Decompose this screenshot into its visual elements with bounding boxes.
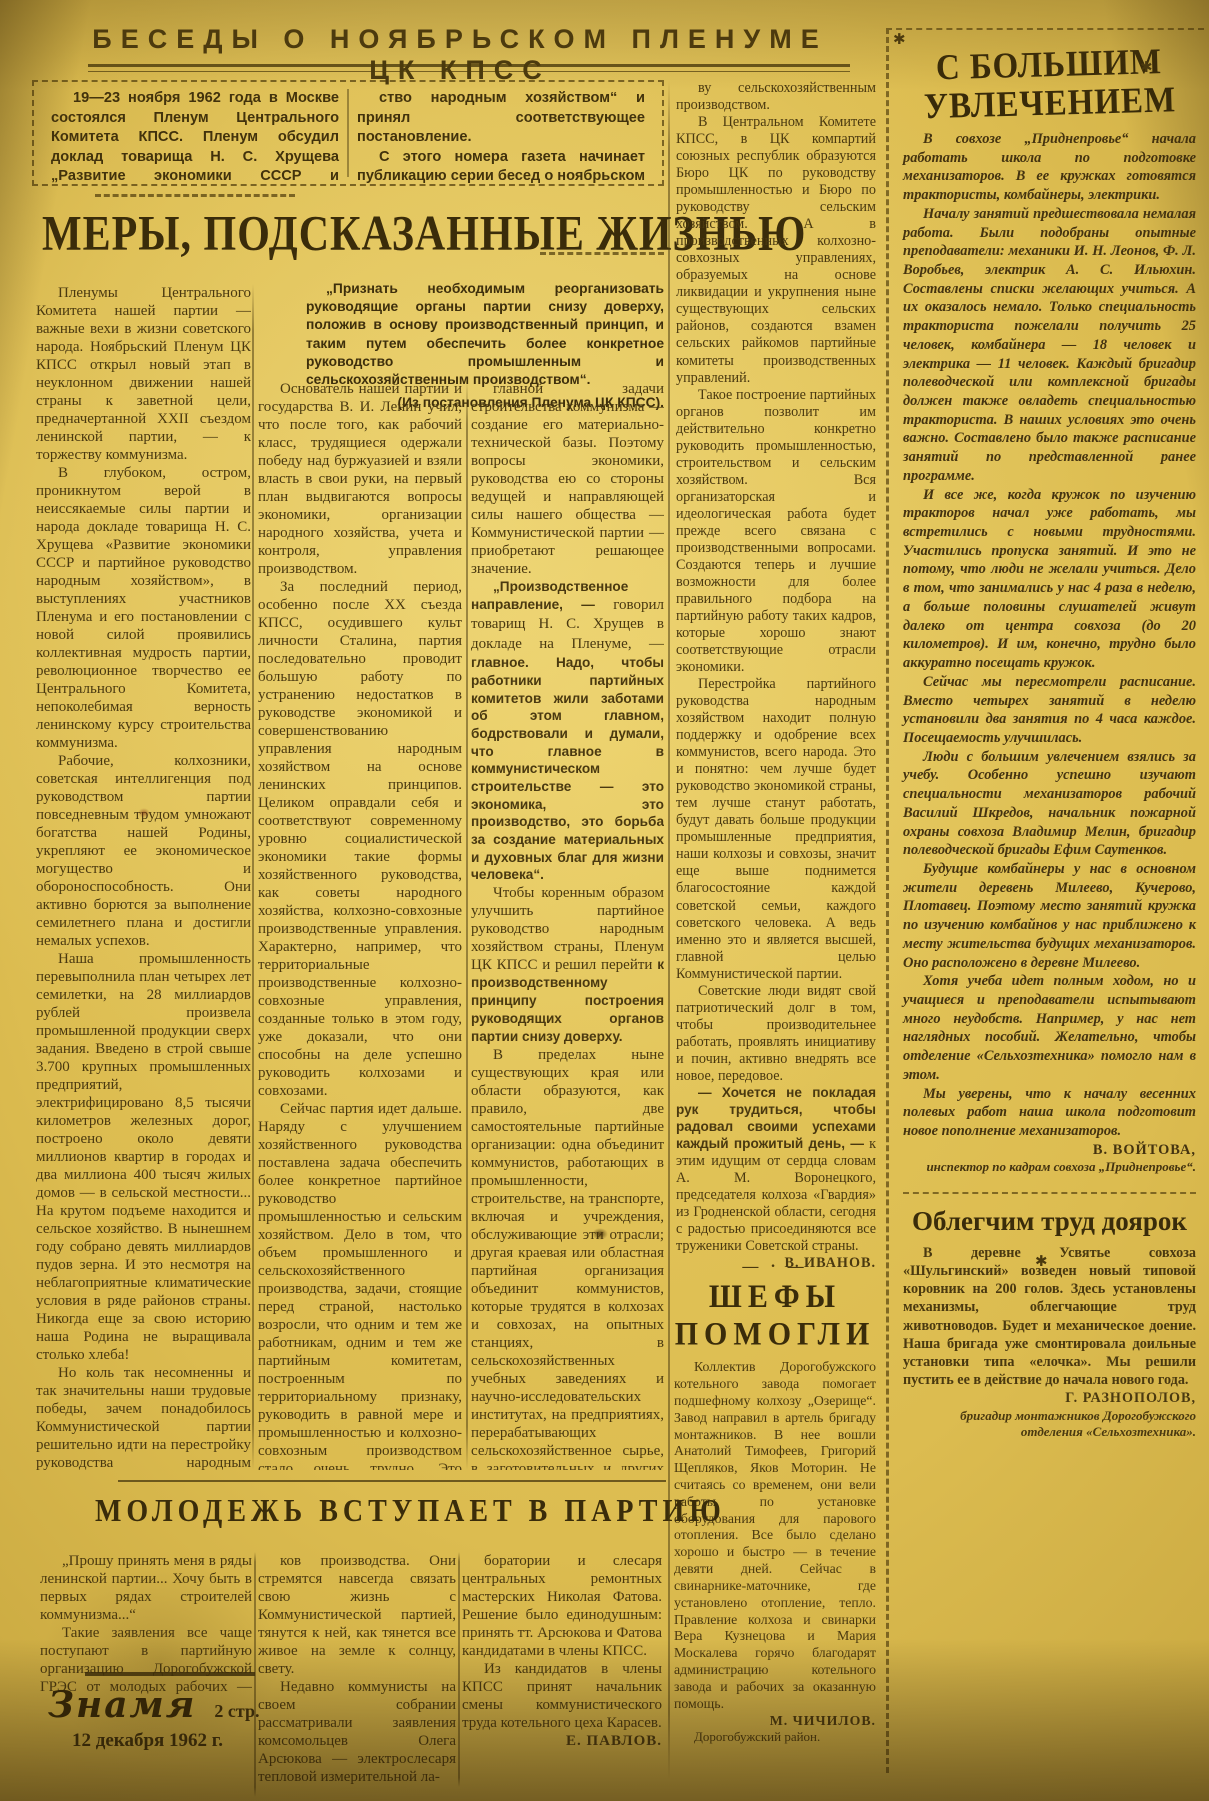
enthusiasm-headline: С БОЛЬШИМ УВЛЕЧЕНИЕМ bbox=[902, 42, 1197, 127]
paragraph: Мы уверены, что к началу весенних полевы… bbox=[903, 1085, 1196, 1141]
issue-date: 12 декабря 1962 г. bbox=[72, 1730, 223, 1752]
paragraph: Недавно коммунисты на своем собрании рас… bbox=[258, 1678, 456, 1786]
paragraph: В совхозе „Приднепровье“ начала работать… bbox=[903, 130, 1196, 205]
page-number: 2 стр. bbox=[214, 1701, 259, 1721]
intro-column-right: ство народным хозяйством“ и принял соотв… bbox=[347, 89, 653, 177]
youth-column-3: боратории и слесаря центральных ремонтны… bbox=[462, 1552, 662, 1787]
paragraph: 19—23 ноября 1962 года в Москве состоялс… bbox=[51, 89, 339, 186]
right-sidebar: С БОЛЬШИМ УВЛЕЧЕНИЕМ В совхозе „Приднепр… bbox=[886, 28, 1204, 1773]
youth-column-1: „Прошу принять меня в ряды ленинской пар… bbox=[40, 1552, 252, 1702]
column-rule bbox=[458, 1552, 460, 1787]
paragraph: За последний период, особенно после XX с… bbox=[258, 578, 462, 1100]
section-divider: — · — bbox=[674, 1258, 876, 1276]
paragraph: Наша промышленность перевыполнила план ч… bbox=[36, 950, 251, 1364]
paragraph: Советские люди видят свой патриотический… bbox=[676, 983, 876, 1085]
sidebar-divider bbox=[903, 1192, 1196, 1194]
youth-column-2: ков производства. Они стремятся навсегда… bbox=[258, 1552, 456, 1800]
paragraph: Началу занятий предшествовала немалая ра… bbox=[903, 205, 1196, 486]
newspaper-page: БЕСЕДЫ О НОЯБРЬСКОМ ПЛЕНУМЕ ЦК КПСС 19—2… bbox=[0, 0, 1209, 1801]
paragraph: Чтобы коренным образом улучшить партийно… bbox=[471, 884, 664, 1046]
byline-role: бригадир монтажников Дорогобужского отде… bbox=[903, 1408, 1196, 1441]
paragraph: Будущие комбайнеры у нас в основном жите… bbox=[903, 860, 1196, 972]
masthead: Знамя 2 стр. bbox=[48, 1684, 259, 1726]
article-byline: Г. РАЗНОПОЛОВ, bbox=[903, 1389, 1196, 1407]
paragraph: Коллектив Дорогобужского котельного заво… bbox=[674, 1359, 876, 1712]
paragraph: И все же, когда кружок по изучению тракт… bbox=[903, 486, 1196, 673]
column-rule bbox=[466, 380, 468, 1470]
paragraph: ву сельскохозяйственным производством. bbox=[676, 80, 876, 114]
shefy-headline: ШЕФЫ ПОМОГЛИ bbox=[674, 1279, 876, 1353]
paragraph-regular: Чтобы коренным образом улучшить партийно… bbox=[471, 885, 664, 973]
star-icon: ✱ bbox=[893, 30, 906, 49]
star-icon: ✱ bbox=[1035, 1252, 1048, 1271]
newspaper-logo: Знамя bbox=[48, 1684, 196, 1726]
shefy-headline-line2: ПОМОГЛИ bbox=[675, 1316, 876, 1352]
paragraph: Сейчас мы пересмотрели расписание. Вмест… bbox=[903, 673, 1196, 748]
paragraph: В глубоком, остром, проникнутом верой в … bbox=[36, 464, 251, 752]
paragraph: Пленумы Центрального Комитета нашей парт… bbox=[36, 284, 251, 464]
column-rule bbox=[668, 80, 670, 1780]
paragraph: Люди с большим увлечением взялись за уче… bbox=[903, 748, 1196, 860]
star-icon: ✱ bbox=[1140, 58, 1153, 77]
closing-bold: — Хочется не покладая рук трудиться, что… bbox=[676, 1085, 876, 1151]
closing-paragraph: — Хочется не покладая рук трудиться, что… bbox=[676, 1085, 876, 1255]
column-rule bbox=[252, 284, 254, 1470]
intro-column-left: 19—23 ноября 1962 года в Москве состоялс… bbox=[43, 89, 347, 177]
paragraph: В Центральном Комитете КПСС, в ЦК компар… bbox=[676, 114, 876, 387]
paragraph: главной задачи строительства коммунизма … bbox=[471, 380, 664, 578]
youth-headline: МОЛОДЕЖЬ ВСТУПАЕТ В ПАРТИЮ bbox=[95, 1494, 667, 1530]
main-column-4: ву сельскохозяйственным производством. В… bbox=[676, 80, 876, 1270]
article-byline: В. ВОЙТОВА, bbox=[903, 1141, 1196, 1160]
paragraph: ков производства. Они стремятся навсегда… bbox=[258, 1552, 456, 1678]
article-location: Дорогобужский район. bbox=[674, 1729, 876, 1745]
wavy-divider bbox=[95, 194, 295, 197]
enthusiasm-body: В совхозе „Приднепровье“ начала работать… bbox=[903, 130, 1196, 1176]
banner-headline: БЕСЕДЫ О НОЯБРЬСКОМ ПЛЕНУМЕ ЦК КПСС bbox=[70, 24, 850, 86]
closing-rest: к этим идущим от сердца словам А. М. Вор… bbox=[676, 1136, 876, 1254]
byline-role: инспектор по кадрам совхоза „Приднепровь… bbox=[903, 1159, 1196, 1175]
dairy-headline: Облегчим труд доярок bbox=[903, 1206, 1196, 1236]
paragraph: Такое построение партийных органов позво… bbox=[676, 387, 876, 677]
paragraph: В пределах ныне существующих края или об… bbox=[471, 1046, 664, 1470]
intro-box: 19—23 ноября 1962 года в Москве состоялс… bbox=[32, 80, 664, 186]
paragraph: Перестройка партийного руководства народ… bbox=[676, 676, 876, 983]
banner-rule bbox=[88, 64, 850, 72]
paragraph: „Прошу принять меня в ряды ленинской пар… bbox=[40, 1552, 252, 1624]
paragraph: В деревне Усвятье совхоза «Шульгинский» … bbox=[903, 1244, 1196, 1389]
main-column-2: Основатель нашей партии и государства В.… bbox=[258, 380, 462, 1470]
paragraph: С этого номера газета начинает публикаци… bbox=[357, 148, 645, 186]
quote-text: „Признать необходимым реорганизовать рук… bbox=[306, 280, 664, 389]
paragraph: Рабочие, колхозники, советская интеллиге… bbox=[36, 752, 251, 950]
quote-open: „Производственное направление, — bbox=[471, 579, 628, 612]
dairy-body: В деревне Усвятье совхоза «Шульгинский» … bbox=[903, 1244, 1196, 1440]
paragraph: ство народным хозяйством“ и принял соотв… bbox=[357, 89, 645, 148]
article-byline: М. ЧИЧИЛОВ. bbox=[674, 1713, 876, 1730]
enthusiasm-headline-line2: УВЛЕЧЕНИЕМ bbox=[923, 80, 1176, 127]
main-article-headline: МЕРЫ, ПОДСКАЗАННЫЕ ЖИЗНЬЮ bbox=[42, 206, 664, 263]
article-byline: Е. ПАВЛОВ. bbox=[462, 1732, 662, 1750]
masthead-rule bbox=[85, 1672, 255, 1679]
shefy-headline-line1: ШЕФЫ bbox=[709, 1279, 841, 1315]
paragraph: Хотя учеба идет полным ходом, но и учащи… bbox=[903, 972, 1196, 1084]
paragraph: Из кандидатов в члены КПСС принят началь… bbox=[462, 1660, 662, 1732]
main-column-1: Пленумы Центрального Комитета нашей парт… bbox=[36, 284, 251, 1470]
paragraph: Сейчас партия идет дальше. Наряду с улуч… bbox=[258, 1100, 462, 1470]
section-rule bbox=[118, 1480, 666, 1482]
main-column-3: главной задачи строительства коммунизма … bbox=[471, 380, 664, 1470]
paragraph: Основатель нашей партии и государства В.… bbox=[258, 380, 462, 578]
paragraph: боратории и слесаря центральных ремонтны… bbox=[462, 1552, 662, 1660]
quote-body: главное. Надо, чтобы работники партийных… bbox=[471, 655, 664, 882]
paragraph: Но коль так несомненны и так значительны… bbox=[36, 1364, 251, 1470]
khrushchev-quote-paragraph: „Производственное направление, — говорил… bbox=[471, 578, 664, 884]
